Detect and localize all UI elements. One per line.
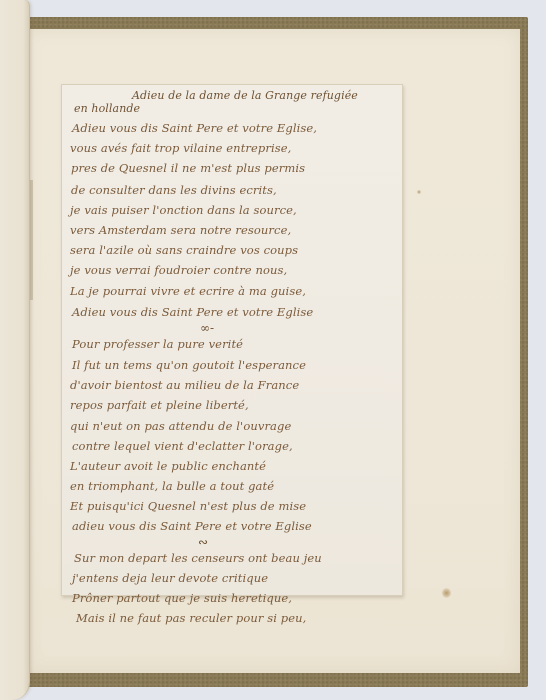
verse-line: en triomphant, la bulle a tout gaté (70, 479, 274, 493)
verse-line: de consulter dans les divins ecrits, (71, 183, 277, 197)
verse-line: L'auteur avoit le public enchanté (70, 459, 266, 473)
verse-line: La je pourrai vivre et ecrire à ma guise… (70, 284, 306, 298)
verse-line: j'entens deja leur devote critique (72, 571, 268, 585)
verse-line: d'avoir bientost au milieu de la France (70, 378, 299, 392)
verse-line: Pour professer la pure verité (72, 337, 243, 351)
verse-line: pres de Quesnel il ne m'est plus permis (71, 161, 305, 175)
verse-line: adieu vous dis Saint Pere et votre Eglis… (72, 519, 312, 533)
verse-line: Sur mon depart les censeurs ont beau jeu (74, 551, 322, 565)
verse-line: repos parfait et pleine liberté, (70, 398, 249, 412)
foxing-stain (417, 190, 421, 194)
ornament-divider: ∞- (200, 321, 214, 335)
foxing-stain (442, 588, 451, 598)
verse-line: vers Amsterdam sera notre resource, (70, 223, 291, 237)
verse-line: qui n'eut on pas attendu de l'ouvrage (70, 419, 291, 433)
ornament-divider: ∾ (198, 535, 208, 549)
verse-line: Adieu vous dis Saint Pere et votre Eglis… (72, 121, 317, 135)
verse-line: sera l'azile où sans craindre vos coups (70, 243, 298, 257)
verse-line: vous avés fait trop vilaine entreprise, (70, 141, 291, 155)
verse-line: Mais il ne faut pas reculer pour si peu, (76, 611, 306, 625)
left-page-leaf (0, 0, 30, 700)
manuscript-title-line-2: en hollande (74, 102, 140, 115)
verse-line: Il fut un tems qu'on goutoit l'esperance (72, 358, 306, 372)
manuscript-sheet: Adieu de la dame de la Grange refugiée e… (61, 84, 403, 596)
verse-line: Et puisqu'ici Quesnel n'est plus de mise (70, 499, 306, 513)
manuscript-title-line-1: Adieu de la dame de la Grange refugiée (132, 89, 358, 102)
verse-line: je vous verrai foudroier contre nous, (70, 263, 287, 277)
verse-line: Adieu vous dis Saint Pere et votre Eglis… (72, 305, 313, 319)
verse-line: contre lequel vient d'eclatter l'orage, (72, 439, 293, 453)
verse-line: je vais puiser l'onction dans la source, (70, 203, 297, 217)
verse-line: Prôner partout que je suis heretique, (72, 591, 292, 605)
